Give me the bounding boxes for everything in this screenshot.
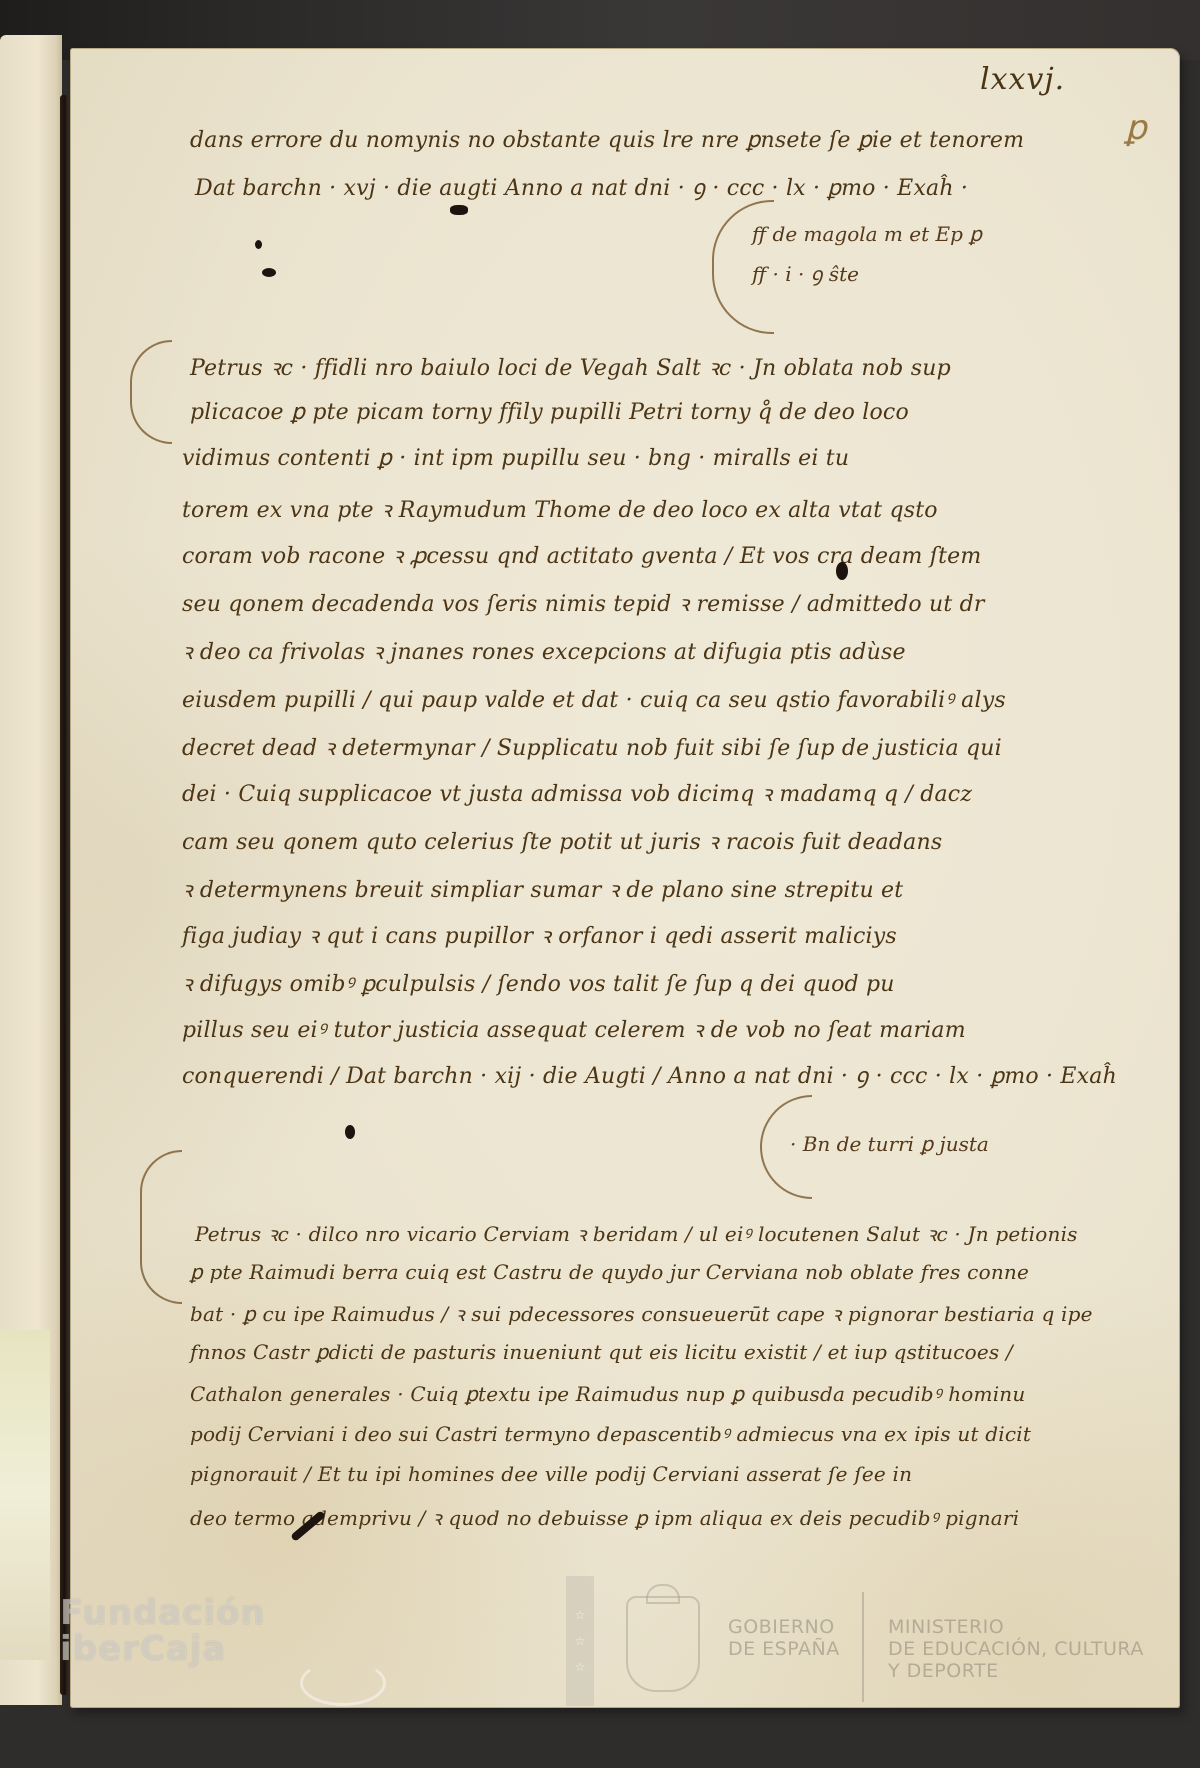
- entry-2-line-1: Petrus ꝛc · ffidli nro baiulo loci de Ve…: [190, 352, 951, 382]
- flag-stripe-icon: ☆ ☆ ☆: [566, 1576, 594, 1706]
- entry-2-line-16: conquerendi / Dat barchn · xij · die Aug…: [182, 1060, 1117, 1090]
- gobierno-espana-watermark: ☆ ☆ ☆ GOBIERNO DE ESPAÑA MINISTERIO DE E…: [566, 1576, 1166, 1706]
- facing-page-fold: [0, 1330, 50, 1660]
- entry-3-initial-flourish: [140, 1150, 182, 1304]
- ink-blot: [255, 240, 262, 249]
- entry-1-line-1: dans errore du nomynis no obstante quis …: [190, 128, 1024, 153]
- entry-2-line-6: seu qonem decadenda vos ſeris nimis tepi…: [182, 588, 985, 618]
- watermark-line: GOBIERNO: [728, 1616, 840, 1638]
- fundacion-ibercaja-watermark: Fundación iberCaja: [60, 1595, 266, 1667]
- watermark-line: Fundación: [60, 1595, 266, 1631]
- watermark-divider: [862, 1592, 864, 1702]
- ink-blot: [836, 562, 848, 580]
- watermark-line: iberCaja: [60, 1631, 266, 1667]
- ministerio-text: MINISTERIO DE EDUCACIÓN, CULTURA Y DEPOR…: [888, 1616, 1144, 1682]
- entry-2-line-3: vidimus contenti ꝑ · int ipm pupillu seu…: [182, 446, 849, 471]
- folio-number: lxxvj.: [980, 62, 1065, 97]
- ink-blot: [262, 268, 276, 277]
- entry-3-line-3: bat · ꝑ cu ipe Raimudus / ꝛ sui pdecesso…: [190, 1300, 1093, 1327]
- star-icon: ☆: [575, 1608, 586, 1622]
- entry-1-line-2: Dat barchn · xvj · die augti Anno a nat …: [195, 172, 968, 202]
- entry-3-line-6: podij Cerviani i deo sui Castri termyno …: [190, 1420, 1031, 1447]
- gobierno-text: GOBIERNO DE ESPAÑA: [728, 1616, 840, 1660]
- entry-2-line-8: eiusdem pupilli / qui paup valde et dat …: [182, 684, 1006, 714]
- clerk-note-2: · Bn de turri ꝑ justa: [790, 1132, 989, 1156]
- ibercaja-logo-icon: [300, 1660, 386, 1706]
- entry-3-line-1: Petrus ꝛc · dilco nro vicario Cerviam ꝛ …: [195, 1220, 1078, 1247]
- star-icon: ☆: [575, 1660, 586, 1674]
- entry-3-line-4: fnnos Castr ꝑdicti de pasturis inueniunt…: [190, 1340, 1013, 1364]
- ink-blot: [345, 1125, 355, 1139]
- watermark-line: Y DEPORTE: [888, 1660, 1144, 1682]
- folio-mark: ꝑ: [1125, 108, 1147, 148]
- entry-2-line-9: decret dead ꝛ determynar / Supplicatu no…: [182, 732, 1002, 762]
- watermark-line: MINISTERIO: [888, 1616, 1144, 1638]
- entry-3-line-2: ꝑ pte Raimudi berra cuiq est Castru de q…: [190, 1260, 1029, 1284]
- entry-3-line-5: Cathalon generales · Cuiq ꝑtextu ipe Rai…: [190, 1380, 1025, 1407]
- entry-2-line-5: coram vob racone ꝛ ꝓcessu qnd actitato g…: [182, 540, 981, 570]
- entry-2-line-13: figa judiay ꝛ qut i cans pupillor ꝛ orfa…: [182, 920, 897, 950]
- entry-2-line-11: cam seu qonem quto celerius ſte potit ut…: [182, 826, 942, 856]
- entry-2-line-12: ꝛ determynens breuit simpliar sumar ꝛ de…: [182, 874, 903, 904]
- ink-blot: [450, 205, 468, 215]
- entry-2-line-15: pillus seu eiꝰ tutor justicia assequat c…: [182, 1014, 966, 1044]
- clerk-note-1-line-1: ff de magola m et Ep ꝑ: [752, 222, 982, 246]
- star-icon: ☆: [575, 1634, 586, 1648]
- entry-2-line-2: plicacoe ꝑ pte picam torny ffily pupilli…: [190, 400, 909, 425]
- entry-2-line-14: ꝛ difugys omibꝰ ꝑculpulsis / ſendo vos t…: [182, 968, 895, 998]
- entry-2-line-4: torem ex vna pte ꝛ Raymudum Thome de deo…: [182, 494, 938, 524]
- watermark-line: DE ESPAÑA: [728, 1638, 840, 1660]
- entry-2-line-10: dei · Cuiq supplicacoe vt justa admissa …: [182, 778, 972, 808]
- entry-2-line-7: ꝛ deo ca frivolas ꝛ jnanes rones excepci…: [182, 636, 906, 666]
- clerk-note-1-line-2: ff · i · ꝯ ŝte: [752, 260, 859, 287]
- entry-3-line-7: pignorauit / Et tu ipi homines dee ville…: [190, 1462, 912, 1486]
- watermark-line: DE EDUCACIÓN, CULTURA: [888, 1638, 1144, 1660]
- coat-of-arms-icon: [626, 1596, 700, 1692]
